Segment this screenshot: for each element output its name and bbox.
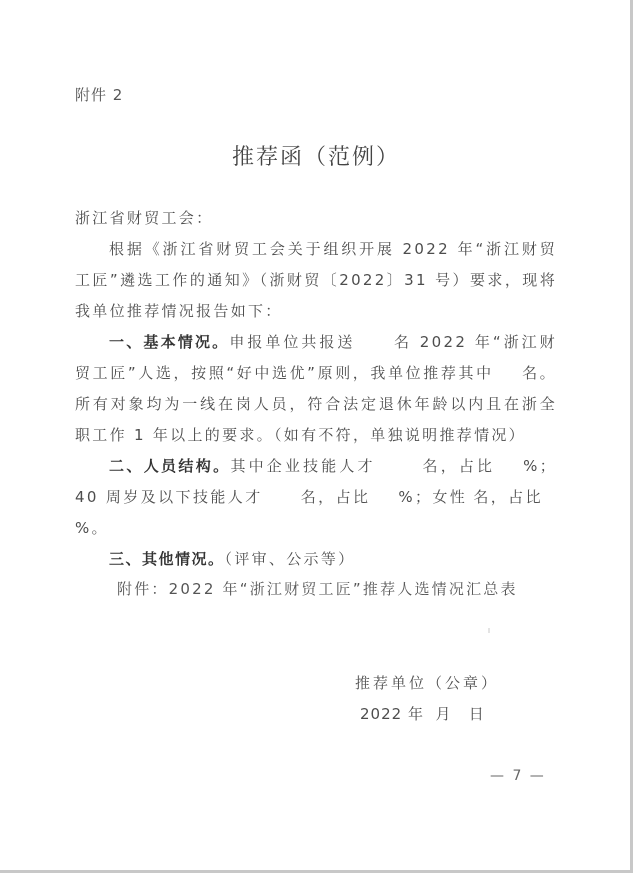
section-structure-text-1: 其中企业技能人才 bbox=[230, 457, 375, 475]
section-basic-info-heading: 一、基本情况。 bbox=[109, 333, 229, 351]
section-basic-info: 一、基本情况。申报单位共报送名 2022 年“浙江财贸工匠”人选，按照“好中选优… bbox=[75, 327, 557, 451]
section-basic-info-text-1: 申报单位共报送 bbox=[229, 333, 355, 351]
section-structure-text-7: %。 bbox=[75, 519, 109, 537]
salutation: 浙江省财贸工会： bbox=[75, 203, 557, 234]
section-structure-text-6: 名，占比 bbox=[473, 488, 543, 506]
section-other: 三、其他情况。（评审、公示等） bbox=[75, 544, 557, 575]
signature-unit: 推荐单位（公章） bbox=[355, 672, 499, 693]
page-number: — 7 — bbox=[490, 768, 546, 784]
section-structure: 二、人员结构。其中企业技能人才名，占比%；40 周岁及以下技能人才名，占比%；女… bbox=[75, 451, 557, 544]
letter-body: 浙江省财贸工会： 根据《浙江省财贸工会关于组织开展 2022 年“浙江财贸工匠”… bbox=[75, 203, 557, 575]
section-other-heading: 三、其他情况。 bbox=[109, 550, 225, 568]
document-page: 附件 2 推荐函（范例） 浙江省财贸工会： 根据《浙江省财贸工会关于组织开展 2… bbox=[0, 0, 630, 870]
signature-date: 2022 年 月 日 bbox=[360, 703, 485, 724]
section-structure-heading: 二、人员结构。 bbox=[109, 457, 230, 475]
section-structure-text-4: 名，占比 bbox=[301, 488, 371, 506]
attachment-label: 附件 2 bbox=[75, 84, 123, 105]
section-structure-text-5: %；女性 bbox=[398, 488, 467, 506]
appendix-line: 附件：2022 年“浙江财贸工匠”推荐人选情况汇总表 bbox=[117, 578, 518, 599]
intro-paragraph: 根据《浙江省财贸工会关于组织开展 2022 年“浙江财贸工匠”遴选工作的通知》（… bbox=[75, 234, 557, 327]
scan-speck bbox=[488, 628, 490, 633]
section-structure-text-2: 名，占比 bbox=[422, 457, 495, 475]
document-title: 推荐函（范例） bbox=[0, 140, 630, 171]
section-other-text: （评审、公示等） bbox=[225, 550, 356, 568]
